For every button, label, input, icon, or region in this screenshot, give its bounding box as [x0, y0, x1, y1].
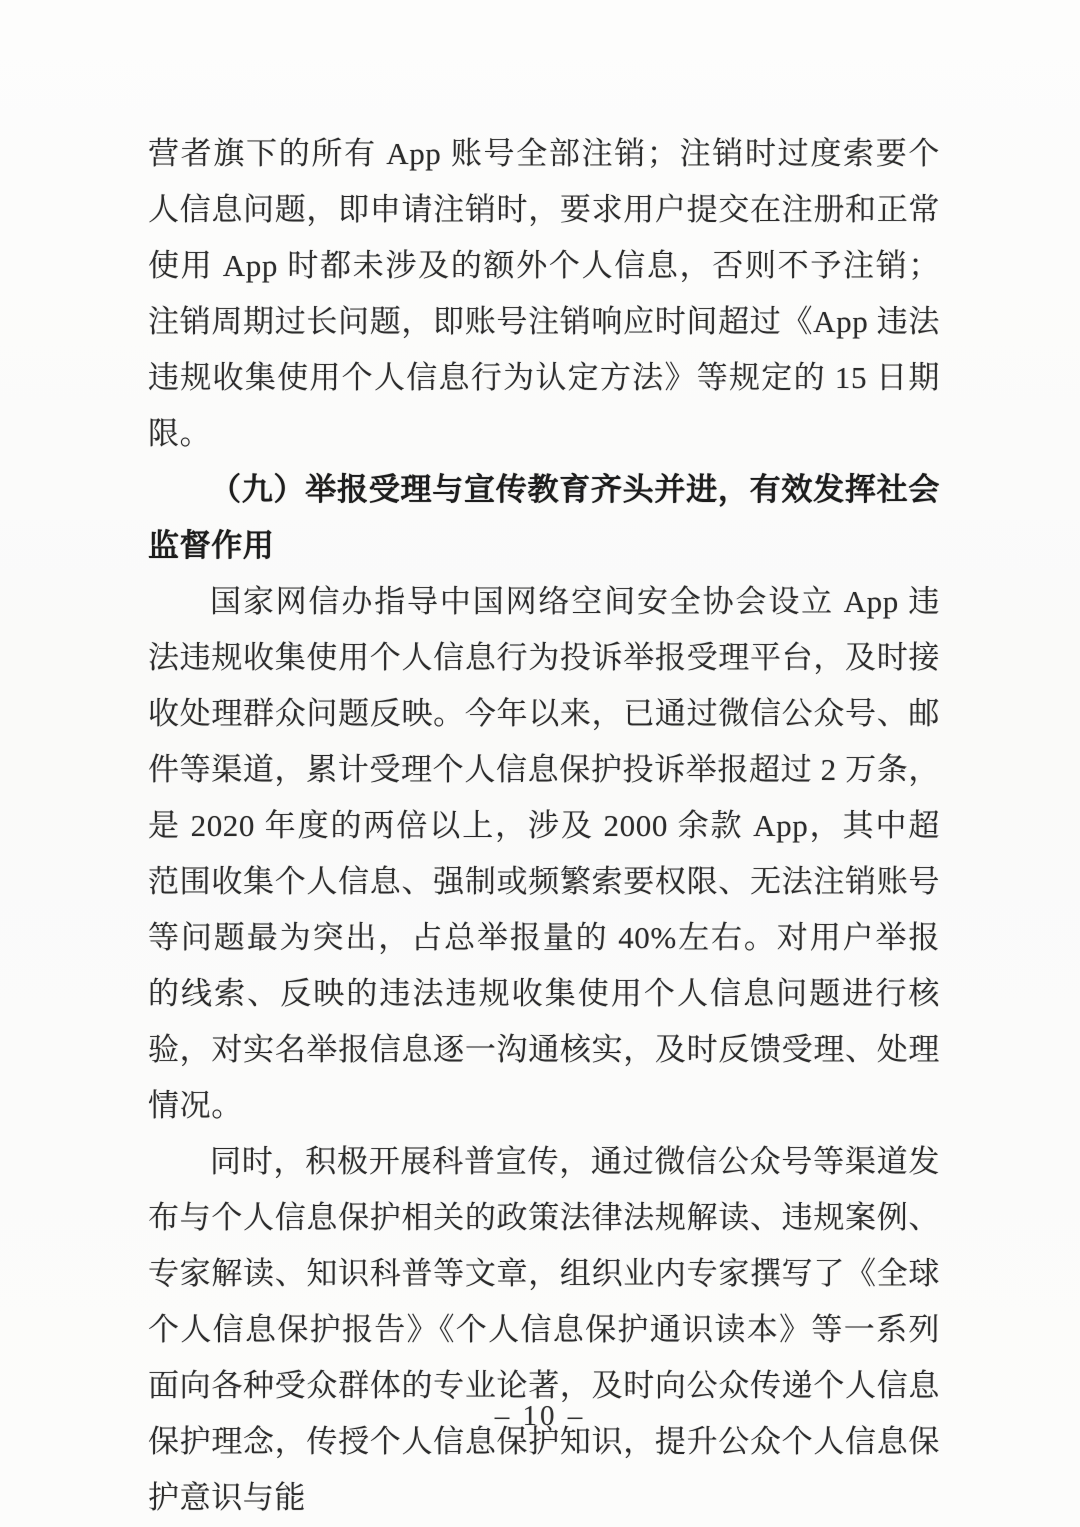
paragraph-publicity-education: 同时，积极开展科普宣传，通过微信公众号等渠道发布与个人信息保护相关的政策法律法规…: [148, 1134, 940, 1526]
document-page: 营者旗下的所有 App 账号全部注销；注销时过度索要个人信息问题，即申请注销时，…: [0, 0, 1080, 1527]
page-content: 营者旗下的所有 App 账号全部注销；注销时过度索要个人信息问题，即申请注销时，…: [148, 126, 940, 1526]
paragraph-continuation: 营者旗下的所有 App 账号全部注销；注销时过度索要个人信息问题，即申请注销时，…: [148, 126, 940, 462]
page-number: – 10 –: [0, 1396, 1080, 1436]
paragraph-report-platform: 国家网信办指导中国网络空间安全协会设立 App 违法违规收集使用个人信息行为投诉…: [148, 574, 940, 1134]
section-heading: （九）举报受理与宣传教育齐头并进，有效发挥社会监督作用: [148, 462, 940, 574]
